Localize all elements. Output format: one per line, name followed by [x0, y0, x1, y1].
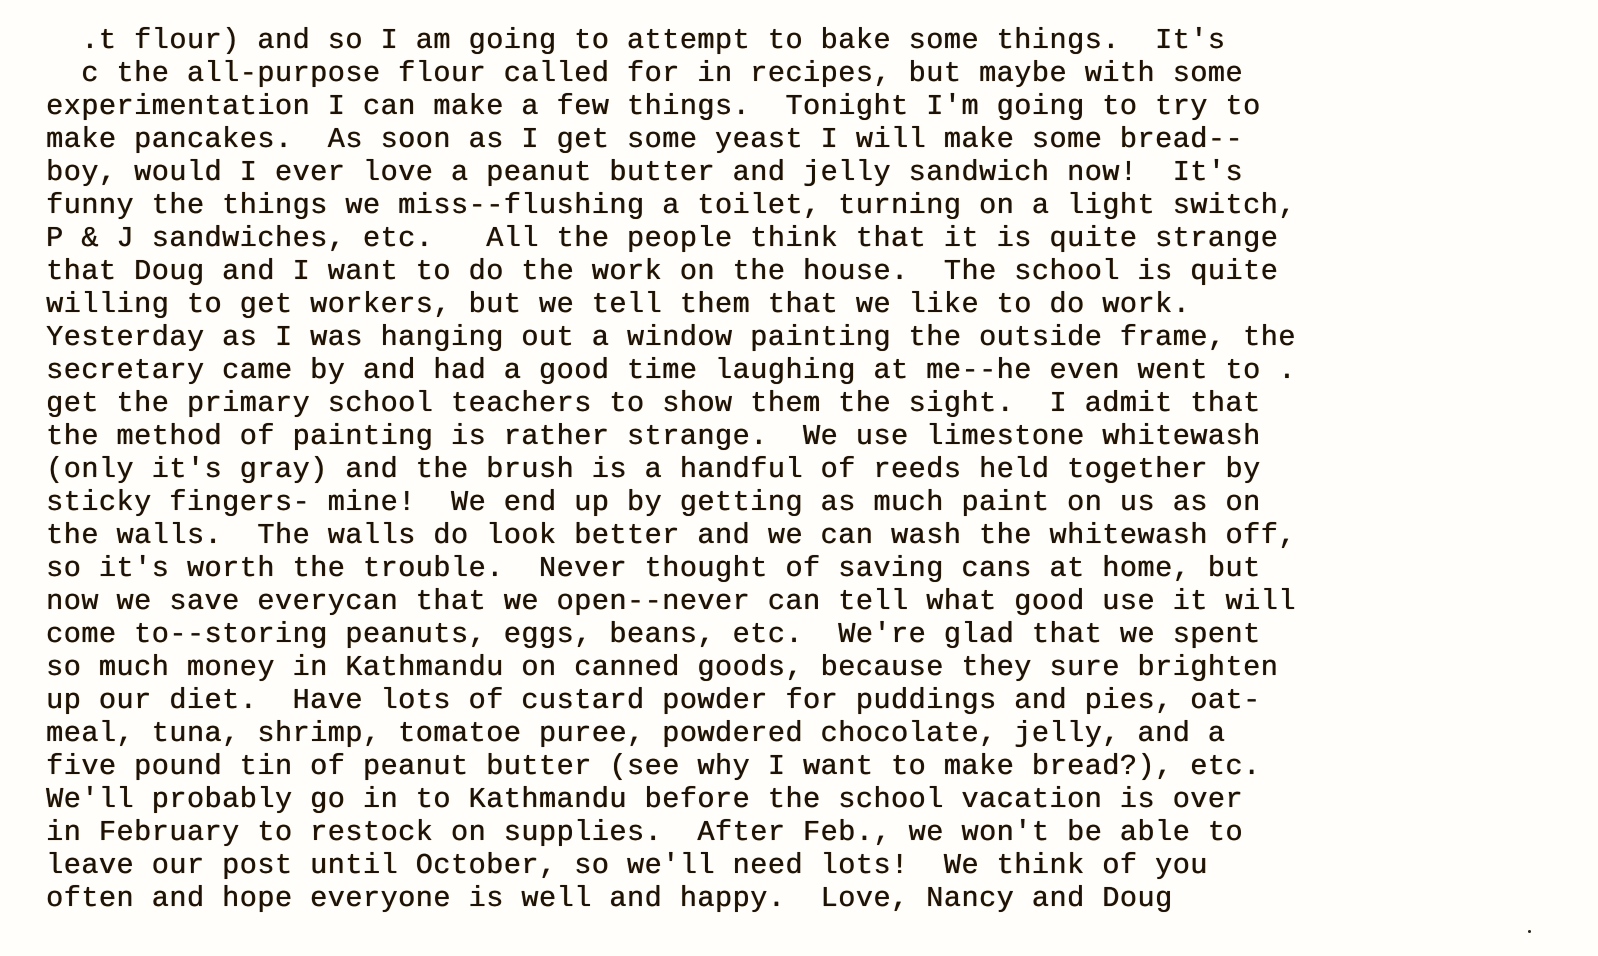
text-line: meal, tuna, shrimp, tomatoe puree, powde…: [46, 717, 1296, 750]
text-line: up our diet. Have lots of custard powder…: [46, 684, 1296, 717]
text-line: that Doug and I want to do the work on t…: [46, 255, 1296, 288]
text-line: leave our post until October, so we'll n…: [46, 849, 1296, 882]
text-line: secretary came by and had a good time la…: [46, 354, 1296, 387]
letter-page: .t flour) and so I am going to attempt t…: [0, 0, 1598, 956]
text-line: Yesterday as I was hanging out a window …: [46, 321, 1296, 354]
ink-speck: [1528, 930, 1531, 933]
text-line: so it's worth the trouble. Never thought…: [46, 552, 1296, 585]
text-line: c the all-purpose flour called for in re…: [46, 57, 1296, 90]
text-line: sticky fingers- mine! We end up by getti…: [46, 486, 1296, 519]
text-line: get the primary school teachers to show …: [46, 387, 1296, 420]
text-line: .t flour) and so I am going to attempt t…: [46, 24, 1296, 57]
text-line: P & J sandwiches, etc. All the people th…: [46, 222, 1296, 255]
text-line: funny the things we miss--flushing a toi…: [46, 189, 1296, 222]
text-line: boy, would I ever love a peanut butter a…: [46, 156, 1296, 189]
text-line: the method of painting is rather strange…: [46, 420, 1296, 453]
text-line: experimentation I can make a few things.…: [46, 90, 1296, 123]
text-line: We'll probably go in to Kathmandu before…: [46, 783, 1296, 816]
text-line: now we save everycan that we open--never…: [46, 585, 1296, 618]
text-line: in February to restock on supplies. Afte…: [46, 816, 1296, 849]
typed-letter-body: .t flour) and so I am going to attempt t…: [46, 24, 1296, 915]
ink-speck: [1214, 792, 1216, 794]
text-line: five pound tin of peanut butter (see why…: [46, 750, 1296, 783]
text-line: often and hope everyone is well and happ…: [46, 882, 1296, 915]
text-line: so much money in Kathmandu on canned goo…: [46, 651, 1296, 684]
text-line: the walls. The walls do look better and …: [46, 519, 1296, 552]
text-line: make pancakes. As soon as I get some yea…: [46, 123, 1296, 156]
text-line: willing to get workers, but we tell them…: [46, 288, 1296, 321]
text-line: (only it's gray) and the brush is a hand…: [46, 453, 1296, 486]
text-line: come to--storing peanuts, eggs, beans, e…: [46, 618, 1296, 651]
